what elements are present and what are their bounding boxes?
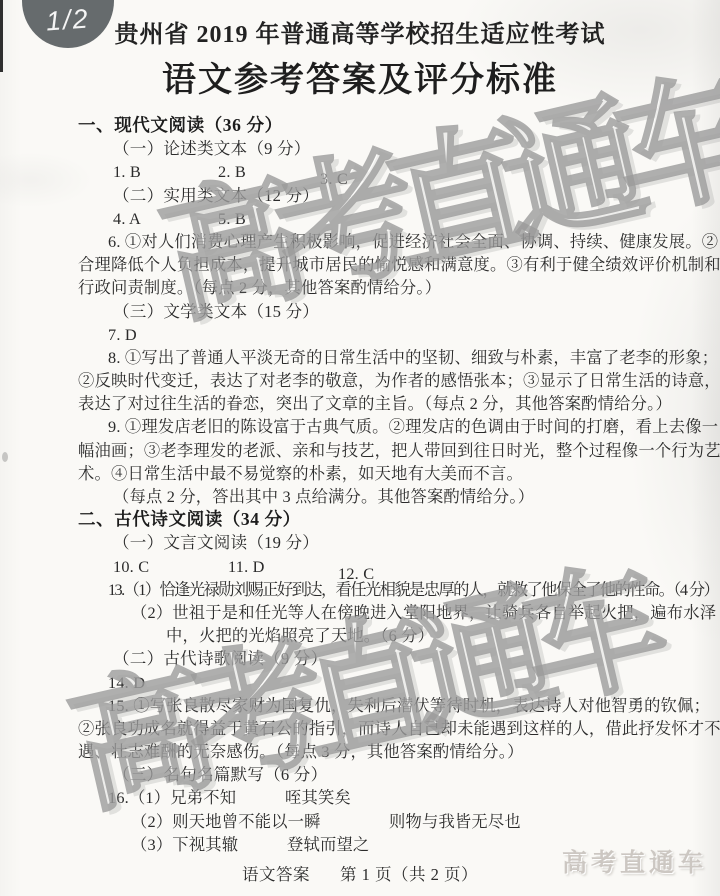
text-line: （2）则天地曾不能以一瞬则物与我皆无尽也	[78, 810, 708, 833]
text-segment: （二）实用类文本（12 分）	[113, 186, 319, 205]
text-segment: 表达了对过往生活的眷恋，突出了文章的主旨。（每点 2 分，其他答案酌情给分。）	[78, 394, 672, 413]
text-line: 14. D	[78, 671, 708, 694]
text-line: 15. ①写张良散尽家财为国复仇，失利后潜伏等待时机，表达诗人对他智勇的钦佩；	[78, 694, 708, 717]
answer-content: 一、现代文阅读（36 分）（一）论述类文本（9 分）1. B2. B3. C（二…	[78, 114, 708, 856]
text-line: ②张良功成名就得益于黄石公的指引，而诗人自己却未能遇到这样的人，借此抒发怀才不	[78, 717, 708, 740]
text-line: 中，火把的光焰照亮了天地。（6 分）	[78, 624, 708, 647]
text-segment: 5. B	[218, 209, 246, 228]
text-segment: 咥其笑矣	[285, 788, 351, 807]
text-segment: 则物与我皆无尽也	[389, 812, 521, 831]
text-segment: 二、古代诗文阅读（34 分）	[78, 509, 301, 529]
text-segment: （三）文学类文本（15 分）	[113, 302, 319, 321]
text-segment: （3）下视其辙	[131, 833, 287, 856]
answer-key-title: 语文参考答案及评分标准	[0, 52, 720, 101]
text-segment: 行政问责制度。（每点 2 分，其他答案酌情给分。）	[78, 278, 441, 297]
text-line: （一）文言文阅读（19 分）	[78, 531, 708, 554]
text-line: （2）世祖于是和任光等人在傍晚进入堂阳地界，让骑兵各自举起火把，遍布水泽	[78, 601, 708, 624]
text-segment: 一、现代文阅读（36 分）	[78, 115, 283, 135]
text-line: 13.（1）恰逢光禄勋刘赐正好到达，看任光相貌是忠厚的人，就救了他保全了他的性命…	[78, 578, 708, 601]
text-segment: 9. ①理发店老旧的陈设富于古典气质。②理发店的色调由于时间的打磨，看上去像一	[108, 417, 718, 436]
text-line: 二、古代诗文阅读（34 分）	[78, 508, 708, 531]
text-segment: 10. C	[113, 555, 228, 578]
text-line: 4. A5. B	[78, 207, 708, 230]
text-line: 7. D	[78, 323, 708, 346]
text-line: 1. B2. B3. C	[78, 160, 708, 183]
text-line: 6. ①对人们消费心理产生积极影响，促进经济社会全面、协调、持续、健康发展。②	[78, 230, 708, 253]
text-line: 表达了对过往生活的眷恋，突出了文章的主旨。（每点 2 分，其他答案酌情给分。）	[78, 392, 708, 415]
text-segment: 3. C	[320, 169, 348, 188]
page-counter-text: 1/2	[45, 4, 91, 38]
text-segment: 11. D	[228, 555, 338, 578]
text-line: 10. C11. D12. C	[78, 555, 708, 578]
footer-page-number: 第 1 页（共 2 页）	[340, 861, 478, 885]
text-segment: （2）世祖于是和任光等人在傍晚进入堂阳地界，让骑兵各自举起火把，遍布水泽	[131, 603, 716, 622]
text-line: （每点 2 分，答出其中 3 点给满分。其他答案酌情给分。）	[78, 485, 708, 508]
text-segment: （一）文言文阅读（19 分）	[113, 533, 319, 552]
text-segment: 7. D	[108, 325, 137, 344]
text-segment: 1. B	[113, 160, 218, 183]
text-segment: 遇、壮志难酬的无奈感伤。（每点 3 分，其他答案酌情给分。）	[78, 742, 524, 761]
text-line: 术。④日常生活中最不易觉察的朴素，如天地有大美而不言。	[78, 462, 708, 485]
text-line: （三）名句名篇默写（6 分）	[78, 763, 708, 786]
text-segment: 4. A	[113, 207, 218, 230]
footer-doc-label: 语文答案	[242, 861, 310, 885]
text-segment: 15. ①写张良散尽家财为国复仇，失利后潜伏等待时机，表达诗人对他智勇的钦佩；	[108, 696, 710, 715]
scanned-answer-sheet-page: 1/2 高考直通车 高考直通车 贵州省 2019 年普通高等学校招生适应性考试 …	[0, 0, 720, 896]
text-segment: 幅油画；③老李理发的老派、亲和与技艺，把人带回到往日时光，整个过程像一个行为艺	[78, 441, 720, 460]
text-line: （一）论述类文本（9 分）	[78, 137, 708, 160]
text-segment: 12. C	[338, 564, 374, 583]
text-line: 9. ①理发店老旧的陈设富于古典气质。②理发店的色调由于时间的打磨，看上去像一	[78, 415, 708, 438]
scan-speck-artifact	[2, 452, 8, 462]
text-segment: 合理降低个人负担成本，提升城市居民的愉悦感和满意度。③有利于健全绩效评价机制和	[78, 255, 720, 274]
text-line: 行政问责制度。（每点 2 分，其他答案酌情给分。）	[78, 276, 708, 299]
text-line: 16.（1）兄弟不知咥其笑矣	[78, 786, 708, 809]
text-segment: ②反映时代变迁，表达了对老李的敬意，为作者的感悟张本；③显示了日常生活的诗意，	[78, 371, 720, 390]
text-line: （三）文学类文本（15 分）	[78, 300, 708, 323]
text-segment: 2. B	[218, 160, 320, 183]
text-segment: （三）名句名篇默写（6 分）	[113, 765, 327, 784]
text-segment: ②张良功成名就得益于黄石公的指引，而诗人自己却未能遇到这样的人，借此抒发怀才不	[78, 719, 720, 738]
text-segment: 术。④日常生活中最不易觉察的朴素，如天地有大美而不言。	[78, 464, 523, 483]
text-segment: 13.（1）恰逢光禄勋刘赐正好到达，看任光相貌是忠厚的人，就救了他保全了他的性命…	[108, 580, 718, 599]
text-line: 合理降低个人负担成本，提升城市居民的愉悦感和满意度。③有利于健全绩效评价机制和	[78, 253, 708, 276]
text-line: 幅油画；③老李理发的老派、亲和与技艺，把人带回到往日时光，整个过程像一个行为艺	[78, 439, 708, 462]
text-segment: 8. ①写出了普通人平淡无奇的日常生活中的坚韧、细致与朴素，丰富了老李的形象；	[108, 348, 718, 367]
text-line: 一、现代文阅读（36 分）	[78, 114, 708, 137]
text-segment: （2）则天地曾不能以一瞬	[131, 810, 389, 833]
text-segment: （每点 2 分，答出其中 3 点给满分。其他答案酌情给分。）	[113, 487, 534, 506]
text-line: 遇、壮志难酬的无奈感伤。（每点 3 分，其他答案酌情给分。）	[78, 740, 708, 763]
text-segment: 14. D	[108, 673, 145, 692]
text-segment: （一）论述类文本（9 分）	[113, 139, 311, 158]
text-line: （二）古代诗歌阅读（9 分）	[78, 647, 708, 670]
text-segment: 登轼而望之	[287, 835, 369, 854]
text-line: 8. ①写出了普通人平淡无奇的日常生活中的坚韧、细致与朴素，丰富了老李的形象；	[78, 346, 708, 369]
text-line: ②反映时代变迁，表达了对老李的敬意，为作者的感悟张本；③显示了日常生活的诗意，	[78, 369, 708, 392]
text-segment: 16.（1）兄弟不知	[108, 786, 285, 809]
text-segment: 中，火把的光焰照亮了天地。（6 分）	[166, 626, 434, 645]
text-segment: 6. ①对人们消费心理产生积极影响，促进经济社会全面、协调、持续、健康发展。②	[108, 232, 718, 251]
brand-logo-text: 高考直通车	[562, 843, 707, 879]
text-line: （二）实用类文本（12 分）	[78, 184, 708, 207]
text-segment: （二）古代诗歌阅读（9 分）	[113, 649, 327, 668]
